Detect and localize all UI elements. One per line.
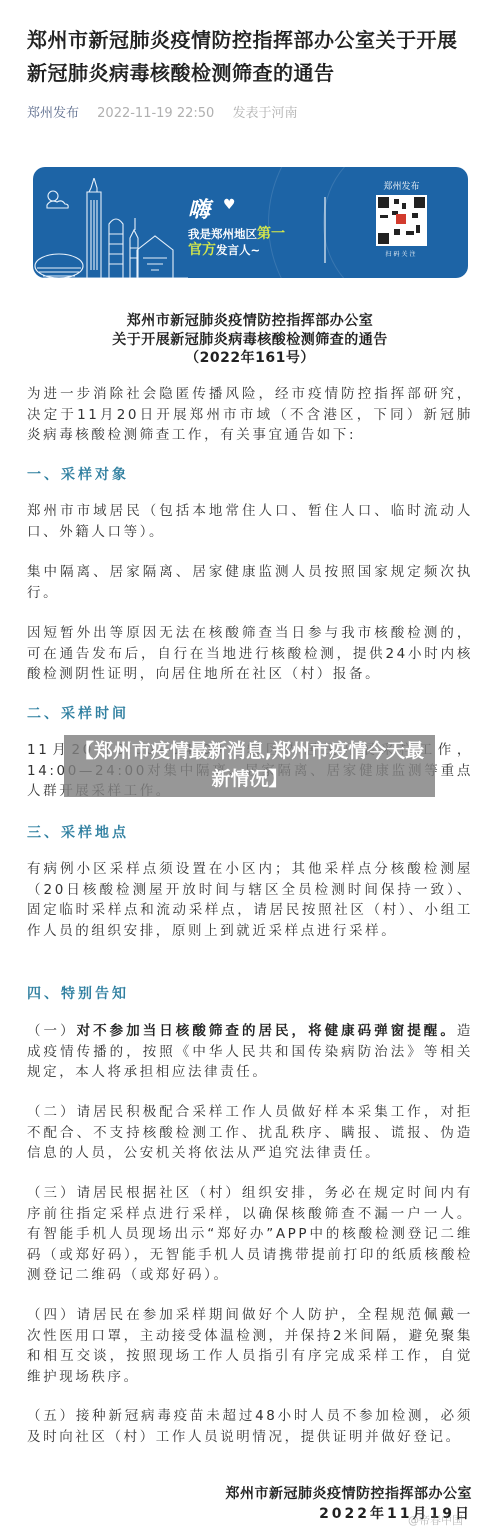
banner-divider (324, 197, 326, 263)
notice-item-text: 请居民积极配合采样工作人员做好样本采集工作，对拒不配合、不支持核酸检测工作、扰乱… (27, 1104, 473, 1161)
document-header-number: （2022年161号） (0, 349, 500, 368)
document-header-org: 郑州市新冠肺炎疫情防控指挥部办公室 (0, 312, 500, 331)
section-heading-sampling-targets: 一、采样对象 (27, 464, 129, 484)
signature-org: 郑州市新冠肺炎疫情防控指挥部办公室 (226, 1484, 473, 1504)
paragraph: 郑州市市域居民（包括本地常住人口、暂住人口、临时流动人口、外籍人口等）。 (27, 501, 473, 542)
caption-overlay: 【郑州市疫情最新消息,郑州市疫情今天最新情况】 (64, 735, 435, 797)
banner-line-2-text: 发言人~ (216, 243, 260, 257)
banner-line-2: 官方发言人~ (188, 239, 260, 259)
source-account-link[interactable]: 郑州发布 (27, 106, 79, 121)
intro-paragraph: 为进一步消除社会隐匿传播风险，经市疫情防控指挥部研究，决定于11月20日开展郑州… (27, 384, 473, 446)
document-header: 郑州市新冠肺炎疫情防控指挥部办公室 关于开展新冠肺炎病毒核酸检测筛查的通告 （2… (0, 312, 500, 368)
notice-item-text: 接种新冠病毒疫苗未超过48小时人员不参加检测，必须及时向社区（村）工作人员说明情… (27, 1408, 473, 1445)
article-meta: 郑州发布 2022-11-19 22:50 发表于河南 (27, 102, 297, 121)
notice-item-text: 请居民在参加采样期间做好个人防护，全程规范佩戴一次性医用口罩，主动接受体温检测，… (27, 1307, 473, 1385)
section-heading-sampling-location: 三、采样地点 (27, 822, 129, 842)
paragraph: 因短暂外出等原因无法在核酸筛查当日参与我市核酸检测的，可在通告发布后，自行在当地… (27, 623, 473, 685)
heart-icon: ♥ (223, 197, 236, 213)
notice-item-2: （二）请居民积极配合采样工作人员做好样本采集工作，对拒不配合、不支持核酸检测工作… (27, 1102, 473, 1164)
notice-item-prefix: （三） (27, 1185, 77, 1201)
caption-overlay-text: 【郑州市疫情最新消息,郑州市疫情今天最新情况】 (64, 737, 435, 793)
publish-location: 发表于河南 (232, 106, 297, 121)
banner-highlight-official: 官方 (188, 242, 216, 258)
notice-item-4: （四）请居民在参加采样期间做好个人防护，全程规范佩戴一次性医用口罩，主动接受体温… (27, 1305, 473, 1387)
paragraph: 有病例小区采样点须设置在小区内；其他采样点分核酸检测屋（20日核酸检测屋开放时间… (27, 859, 473, 941)
qr-code-block[interactable]: 郑州发布 扫码关注 (374, 179, 429, 258)
document-header-title: 关于开展新冠肺炎病毒核酸检测筛查的通告 (0, 331, 500, 350)
notice-item-prefix: （二） (27, 1104, 77, 1120)
publish-time: 2022-11-19 22:50 (97, 106, 214, 121)
notice-item-5: （五）接种新冠病毒疫苗未超过48小时人员不参加检测，必须及时向社区（村）工作人员… (27, 1406, 473, 1447)
paragraph: 集中隔离、居家隔离、居家健康监测人员按照国家规定频次执行。 (27, 562, 473, 603)
notice-item-1: （一）对不参加当日核酸筛查的居民，将健康码弹窗提醒。造成疫情传播的，按照《中华人… (27, 1021, 473, 1083)
notice-item-3: （三）请居民根据社区（村）组织安排，务必在规定时间内有序前往指定采样点进行采样，… (27, 1183, 473, 1286)
weibo-watermark: @帝春中国 (408, 1512, 463, 1528)
notice-item-prefix: （五） (27, 1408, 76, 1424)
qr-caption: 扫码关注 (374, 249, 429, 258)
article-title: 郑州市新冠肺炎疫情防控指挥部办公室关于开展新冠肺炎病毒核酸检测筛查的通告 (27, 24, 477, 90)
city-skyline-illustration (33, 178, 188, 278)
banner-highlight-first: 第一 (257, 226, 285, 242)
notice-item-text: 请居民根据社区（村）组织安排，务必在规定时间内有序前往指定采样点进行采样，以确保… (27, 1185, 473, 1283)
banner-greeting: 嗨 (188, 193, 210, 224)
section-heading-sampling-time: 二、采样时间 (27, 703, 129, 723)
promo-banner: 嗨 ♥ 我是郑州地区第一 官方发言人~ 郑州发布 扫码关注 (33, 167, 468, 278)
qr-logo: 郑州发布 (374, 179, 429, 192)
notice-item-prefix: （一） (27, 1023, 77, 1039)
notice-item-bold-text: 对不参加当日核酸筛查的居民，将健康码弹窗提醒。 (77, 1023, 457, 1039)
notice-item-prefix: （四） (27, 1307, 77, 1323)
section-heading-special-notice: 四、特别告知 (27, 983, 129, 1003)
qr-code-icon[interactable] (376, 195, 427, 246)
